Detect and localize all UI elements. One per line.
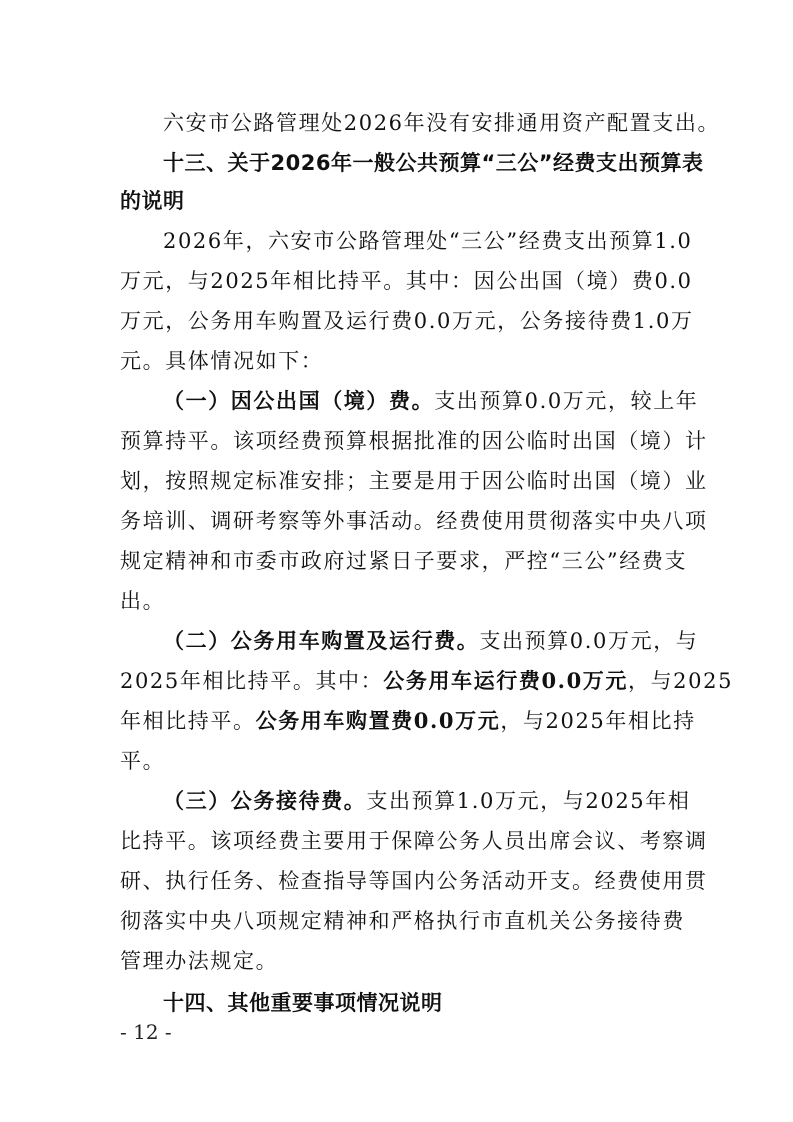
text: 彻落实中央八项规定精神和严格执行市直机关公务接待费 [120, 909, 685, 933]
text: ，与2025年相比持 [500, 709, 695, 733]
text: 支出预算1.0万元，与2025年相 [366, 789, 690, 813]
paragraph-line: 规定精神和市委市政府过紧日子要求，严控“三公”经费支 [120, 546, 672, 576]
text: 预算持平。该项经费预算根据批准的因公临时出国（境）计 [120, 429, 708, 453]
document-page: 六安市公路管理处2026年没有安排通用资产配置支出。十三、关于2026年一般公共… [0, 0, 793, 1122]
paragraph-line: 2025年相比持平。其中：公务用车运行费0.0万元，与2025 [120, 666, 672, 696]
text: 管理办法规定。 [120, 949, 278, 973]
paragraph-line: （二）公务用车购置及运行费。支出预算0.0万元，与 [163, 626, 672, 656]
paragraph-line: 2026年，六安市公路管理处“三公”经费支出预算1.0 [163, 226, 672, 256]
paragraph-line: 比持平。该项经费主要用于保障公务人员出席会议、考察调 [120, 826, 672, 856]
text: 规定精神和市委市政府过紧日子要求，严控“三公”经费支 [120, 549, 687, 573]
text: 出。 [120, 589, 165, 613]
paragraph-line: 元。具体情况如下： [120, 346, 672, 376]
bold-text: 的说明 [120, 189, 185, 213]
text: 万元，与2025年相比持平。其中：因公出国（境）费0.0 [120, 269, 693, 293]
text: 元。具体情况如下： [120, 349, 323, 373]
section-heading-line: 十四、其他重要事项情况说明 [163, 988, 672, 1018]
text: 万元，公务用车购置及运行费0.0万元，公务接待费1.0万 [120, 309, 694, 333]
paragraph-line: 万元，公务用车购置及运行费0.0万元，公务接待费1.0万 [120, 306, 672, 336]
bold-text: 十三、关于2026年一般公共预算“三公”经费支出预算表 [163, 151, 704, 175]
paragraph-line: （三）公务接待费。支出预算1.0万元，与2025年相 [163, 786, 672, 816]
text: 六安市公路管理处2026年没有安排通用资产配置支出。 [163, 111, 720, 135]
paragraph-line: 平。 [120, 746, 672, 776]
text: ，与2025 [628, 669, 733, 693]
paragraph-line: 彻落实中央八项规定精神和严格执行市直机关公务接待费 [120, 906, 672, 936]
paragraph-line: （一）因公出国（境）费。支出预算0.0万元，较上年 [163, 386, 672, 416]
section-heading-line: 的说明 [120, 186, 672, 216]
paragraph-line: 管理办法规定。 [120, 946, 672, 976]
text: 比持平。该项经费主要用于保障公务人员出席会议、考察调 [120, 829, 708, 853]
paragraph-line: 六安市公路管理处2026年没有安排通用资产配置支出。 [163, 108, 672, 138]
text: 2025年相比持平。其中： [120, 669, 383, 693]
text: 研、执行任务、检查指导等国内公务活动开支。经费使用贯 [120, 869, 708, 893]
paragraph-line: 万元，与2025年相比持平。其中：因公出国（境）费0.0 [120, 266, 672, 296]
paragraph-line: 出。 [120, 586, 672, 616]
text: 支出预算0.0万元，与 [479, 629, 698, 653]
text: 平。 [120, 749, 165, 773]
paragraph-line: 年相比持平。公务用车购置费0.0万元，与2025年相比持 [120, 706, 672, 736]
bold-text: 十四、其他重要事项情况说明 [163, 991, 443, 1015]
text: 支出预算0.0万元，较上年 [434, 389, 698, 413]
paragraph-line: 研、执行任务、检查指导等国内公务活动开支。经费使用贯 [120, 866, 672, 896]
page-number: - 12 - [120, 1020, 172, 1044]
paragraph-line: 预算持平。该项经费预算根据批准的因公临时出国（境）计 [120, 426, 672, 456]
section-heading-line: 十三、关于2026年一般公共预算“三公”经费支出预算表 [163, 148, 672, 178]
bold-text: （三）公务接待费。 [163, 788, 366, 813]
bold-text: 公务用车运行费0.0万元 [383, 668, 628, 693]
bold-text: （二）公务用车购置及运行费。 [163, 628, 479, 653]
text: 划，按照规定标准安排；主要是用于因公临时出国（境）业 [120, 469, 708, 493]
bold-text: （一）因公出国（境）费。 [163, 388, 434, 413]
text: 务培训、调研考察等外事活动。经费使用贯彻落实中央八项 [120, 509, 708, 533]
text: 年相比持平。 [120, 709, 256, 733]
paragraph-line: 务培训、调研考察等外事活动。经费使用贯彻落实中央八项 [120, 506, 672, 536]
text: 2026年，六安市公路管理处“三公”经费支出预算1.0 [163, 229, 693, 253]
bold-text: 公务用车购置费0.0万元 [256, 708, 501, 733]
paragraph-line: 划，按照规定标准安排；主要是用于因公临时出国（境）业 [120, 466, 672, 496]
